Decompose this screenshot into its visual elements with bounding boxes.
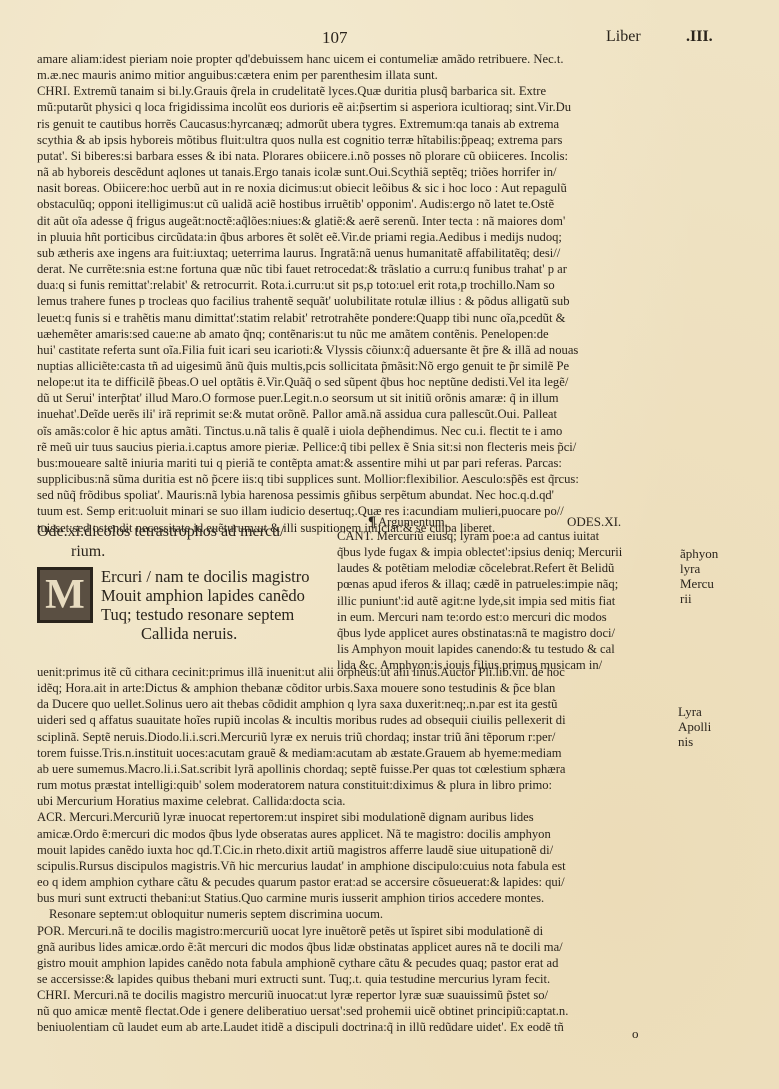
text-line: mouit lapides canẽdo iuxta hoc qd.T.Cic.… bbox=[37, 842, 673, 858]
text-line: derat. Ne currẽte:snia est:ne fortuna qu… bbox=[37, 261, 673, 277]
text-line: idẽq; Hora.ait in arte:Dictus & amphion … bbox=[37, 680, 673, 696]
text-line: sub ætheris axe ingens ara fuit:iuxtaq; … bbox=[37, 245, 673, 261]
text-line: sed nũq̃ frõdibus spoliat'. Mauris:nã ly… bbox=[37, 487, 673, 503]
text-line: uæhemẽter amaris:sed caue:ne ab amato q̃… bbox=[37, 326, 673, 342]
verse-line: Tuq; testudo resonare septem bbox=[101, 605, 310, 624]
text-line: lis Amphyon mouit lapides canendo:& tu t… bbox=[337, 641, 675, 657]
text-line: scythia & ab ipsis hyboreis mõtibus flui… bbox=[37, 132, 673, 148]
running-title: Liber bbox=[606, 28, 641, 46]
text-line: inuehat'.Deĩde uerẽs ili' irã reprimit s… bbox=[37, 406, 673, 422]
text-line: dua:q si funis remittat':relabit' & retr… bbox=[37, 277, 673, 293]
text-line: nelope:ut ita te difficilẽ p̃beas.O uel … bbox=[37, 374, 673, 390]
text-line: ris genuit te cautibus horrẽs Caucasus:h… bbox=[37, 116, 673, 132]
text-line: ubi Mercurium Horatius maxime celebrat. … bbox=[37, 793, 673, 809]
text-line: bus muri sunt extructi thebani:ut Statiu… bbox=[37, 890, 673, 906]
text-line: pœnas apud iferos & illaq; cædẽ in patru… bbox=[337, 576, 675, 592]
marginal-note-lyra-apollinis: Lyra Apolli nis bbox=[678, 704, 711, 749]
text-line: dũ ut Serui' interp̃tat' illud Maro.O fo… bbox=[37, 390, 673, 406]
text-line: amicæ.Ordo ẽ:mercuri dic modos q̃bus lyd… bbox=[37, 826, 673, 842]
ode-title-line1: Ode.xi.dicolos tetrastrophos ad mercu/ bbox=[37, 523, 285, 540]
text-line: q̃bus lyde applicet aures obstinatas:nã … bbox=[337, 625, 675, 641]
page-header: 107 Liber .III. bbox=[0, 28, 779, 52]
text-line: dit aũt oĩa adesse q̃ frigus augeãt:noct… bbox=[37, 213, 673, 229]
text-line: illic puniunt':id autẽ agit:ne lyde,sit … bbox=[337, 593, 675, 609]
ode-title-line2: rium. bbox=[37, 542, 327, 562]
text-line: CHRI. Extremũ tanaim si bi.ly.Grauis q̃r… bbox=[37, 83, 673, 99]
text-line: POR. Mercuri.nã te docilis magistro:merc… bbox=[37, 923, 673, 939]
signature-mark: o bbox=[632, 1026, 639, 1042]
ode-verse: Ercuri / nam te docilis magistro Mouit a… bbox=[101, 567, 310, 643]
decorated-initial: M bbox=[37, 567, 93, 623]
book-page: 107 Liber .III. amare aliam:idest pieria… bbox=[0, 0, 779, 1089]
ode-section: ¶Argumentum. ODES.XI. Ode.xi.dicolos tet… bbox=[37, 512, 677, 662]
text-line: rẽ meũ uir tuus saucius pieria.i.captus … bbox=[37, 439, 673, 455]
text-line: hui' castitate referta sunt oĩa.Filia fu… bbox=[37, 342, 673, 358]
text-line: se accersisse:& lapides quibus thebani m… bbox=[37, 971, 673, 987]
commentary-lower: uenit:primus itẽ cũ cithara cecinit:prim… bbox=[37, 664, 673, 1036]
text-line: nasit boreas. Obiicere:hoc uerbũ aut in … bbox=[37, 180, 673, 196]
verse-line: Callida neruis. bbox=[101, 624, 310, 643]
text-line: Resonare septem:ut obloquitur numeris se… bbox=[37, 906, 673, 922]
text-line: supplicibus:nã sũma duritia est nõ p̃cer… bbox=[37, 471, 673, 487]
text-line: beniuolentiam cũ laudet eum ab arte.Laud… bbox=[37, 1019, 673, 1035]
text-line: obstaculũq; opponi itelligimus:ut cũ ual… bbox=[37, 196, 673, 212]
commentary-upper: amare aliam:idest pieriam noie propter q… bbox=[37, 51, 673, 536]
text-line: eo q idem amphion cythare cãtu & pecudes… bbox=[37, 874, 673, 890]
text-line: nũ quo amicæ mentẽ flectat.Ode i genere … bbox=[37, 1003, 673, 1019]
text-line: leuet:q funis si e trahẽtis manu dimitta… bbox=[37, 310, 673, 326]
text-line: nã ab hyboreis descẽdunt aqlones ut tana… bbox=[37, 164, 673, 180]
text-line: torem fuisse.Tris.n.instituit uoces:acut… bbox=[37, 745, 673, 761]
text-line: uideri sed q affatus suauitate hoĩes rup… bbox=[37, 712, 673, 728]
text-line: lemus trahere funes p trocleas quo facil… bbox=[37, 293, 673, 309]
ode-title: Ode.xi.dicolos tetrastrophos ad mercu/ r… bbox=[37, 522, 327, 562]
verse-line: Ercuri / nam te docilis magistro bbox=[101, 567, 310, 586]
text-line: in eum. Mercuri nam te:ordo est:o mercur… bbox=[337, 609, 675, 625]
text-line: gnã auribus lides amicæ.ordo ẽ:ãt mercur… bbox=[37, 939, 673, 955]
text-line: uenit:primus itẽ cũ cithara cecinit:prim… bbox=[37, 664, 673, 680]
text-line: mũ:putarũt physici q loca frigidissima i… bbox=[37, 99, 673, 115]
text-line: CANT. Mercuriũ eiusq; lyram poe:a ad can… bbox=[337, 528, 675, 544]
text-line: ab uere sumemus.Macro.li.i.Sat.scribit l… bbox=[37, 761, 673, 777]
text-line: bus:moueare saltẽ iniuria mariti tui q p… bbox=[37, 455, 673, 471]
text-line: m.æ.nec mauris animo mitior anguibus:cæt… bbox=[37, 67, 673, 83]
text-line: laudes & potẽtiam melodiæ cõcelebrat.Ref… bbox=[337, 560, 675, 576]
text-line: CHRI. Mercuri.nã te docilis magistro mer… bbox=[37, 987, 673, 1003]
book-number: .III. bbox=[686, 28, 713, 46]
verse-line: Mouit amphion lapides canẽdo bbox=[101, 586, 310, 605]
text-line: da Ducere quo uellet.Solinus uero ait th… bbox=[37, 696, 673, 712]
text-line: gistro mouit amphion lapides canẽdo nota… bbox=[37, 955, 673, 971]
cant-commentary: CANT. Mercuriũ eiusq; lyram poe:a ad can… bbox=[337, 528, 675, 673]
initial-letter: M bbox=[45, 571, 85, 619]
text-line: ACR. Mercuri.Mercuriũ lyræ inuocat reper… bbox=[37, 809, 673, 825]
folio-number: 107 bbox=[322, 28, 348, 48]
text-line: scipulis.Rursus discipulos magistris.Vñ … bbox=[37, 858, 673, 874]
text-line: in pluuia hñt porticibus circũdata:in q̃… bbox=[37, 229, 673, 245]
text-line: sciplinã. Septẽ neruis.Diodo.li.i.scri.M… bbox=[37, 729, 673, 745]
text-line: q̃bus lyde fugax & impia oblectet':ipsiu… bbox=[337, 544, 675, 560]
text-line: amare aliam:idest pieriam noie propter q… bbox=[37, 51, 673, 67]
marginal-note-amphyon: ãphyon lyra Mercu rii bbox=[680, 546, 718, 606]
text-line: nuptias alliciẽte:casta tñ ad uigesimũ ã… bbox=[37, 358, 673, 374]
text-line: oĩs amãs:color ẽ hic aptus amãti. Tinctu… bbox=[37, 423, 673, 439]
text-line: putat'. Si biberes:si barbara esses & ib… bbox=[37, 148, 673, 164]
text-line: rum motus præstat intelligi:quib' solem … bbox=[37, 777, 673, 793]
